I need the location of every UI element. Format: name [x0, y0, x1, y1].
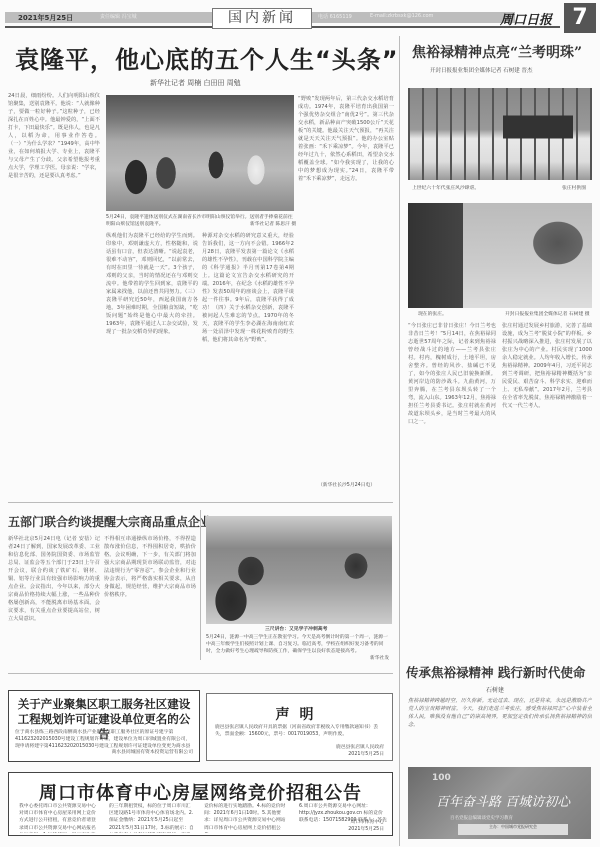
classroom-photo: [206, 516, 392, 624]
notice-title: 声明: [207, 704, 392, 724]
right-story-column-1: “今日张庄已非昔日张庄！今日兰考也非昔日兰考！”5月14日，在焦裕禄同志逝世57…: [408, 322, 496, 652]
banner-info-box: 主办：中国城市党报研究会: [458, 824, 568, 835]
notice-title: 周口市体育中心房屋网络竞价招租公告: [9, 779, 392, 805]
commentary-headline: 传承焦裕禄精神 践行新时代使命: [406, 663, 585, 681]
section-divider: [8, 502, 393, 503]
banner-subtitle: 百名党报总编辑谈党史学习教育: [450, 815, 513, 821]
commentary-author: 石树建: [486, 685, 504, 694]
notice-column-1: 我中心委托周口市公共资源交易中心对周口市体育中心房屋采用网上竞价方式进行公开招租…: [19, 803, 99, 833]
classroom-photo-text: 5月24日，涟源一中高三学生正在教室学习。今天是高考倒计时的第一个周一，涟源一中…: [206, 634, 392, 662]
main-photo-credit: 新华社记者 陈思汗 摄: [250, 221, 296, 228]
right-photo1-caption: 上世纪六十年代张庄风沙肆虐。: [412, 185, 479, 192]
main-story-column-3: 种源对杂交水稻的研究意义重大，经验告诉我们，这一方向不会错。1966年2月28日…: [202, 232, 294, 500]
classroom-photo-credit: 新华社发: [370, 655, 389, 662]
notice-date: 2021年5月25日: [348, 826, 384, 833]
main-story-column-1: 24日晨，细雨纷纷。人们向明阳山殡仪馆聚集，送别袁隆平。他说：“人就像种子，要做…: [8, 92, 100, 500]
banner-slogan: 百年奋斗路 百城访初心: [436, 791, 570, 810]
contact-phone: 电话 6165119: [318, 13, 352, 20]
story-divider: [200, 510, 201, 660]
commentary-text: 焦裕禄精神跨越时空，历久弥新。无论过去、现在，还是将来，永远是激励共产党人的宝贵…: [408, 697, 592, 755]
second-story-column-1: 新华社北京5月24日电（记者 安蓓）记者24日了解到，国家发展改革委、工业和信息…: [8, 535, 100, 661]
notice-stadium-lease: 周口市体育中心房屋网络竞价招租公告 我中心委托周口市公共资源交易中心对周口市体育…: [8, 772, 393, 836]
section-title: 国内新闻: [212, 8, 312, 29]
second-story-column-2: 不得相互串通操纵市场价格，不得捏造散布涨价信息，不得囤积居奇，哄抬价格。会议明确…: [104, 535, 196, 661]
issue-date: 2021年5月25日: [18, 13, 73, 23]
main-story-column-4: “野败”发现两年后，第三代杂交水稻培育成功。1974年，袁隆平培育出我国第一个强…: [298, 95, 394, 490]
page-number: 7: [564, 3, 596, 33]
paper-logo: 周口日报: [500, 9, 552, 28]
ads-divider: [8, 673, 393, 674]
right-photo2-credit: 开封日报报业集团全媒体记者 石树建 摄: [505, 311, 590, 318]
notice-signer: 鹿邑县张店镇人民政府: [336, 744, 384, 751]
notice-body: 鹿邑县张店镇人民政府开具的票据（河南省政府非税收入专用缴款通知书）丢失，票面金额…: [215, 724, 387, 738]
notice-statement: 声明 鹿邑县张店镇人民政府开具的票据（河南省政府非税收入专用缴款通知书）丢失，票…: [206, 693, 393, 761]
editor-credit: 责任编辑 冯宝城: [100, 13, 137, 20]
column-divider: [399, 36, 400, 846]
notice-signer: 商水县同城国有资本投资运营有限公司: [111, 749, 193, 756]
historic-village-photo: [408, 88, 592, 180]
centennial-logo: 100: [432, 773, 451, 783]
contact-email: E-mail:zkrbsxk@126.com: [370, 13, 433, 19]
right-story-column-2: 张庄村通过发展乡村旅游，完善了基础设施，成为兰考“脱贫小院”的样板。乡村振兴战略…: [502, 322, 592, 652]
right-headline: 焦裕禄精神点亮“兰考明珠”: [412, 42, 582, 62]
classroom-photo-title: 三尺讲台：又见学子冲刺高考: [265, 626, 327, 633]
main-story-column-2: 纵观他们为袁隆平已经给的学生而到。印象中，邓则谦虚大方，性格随和，说话虽有口音，…: [106, 232, 198, 500]
main-story-dateline: （新华社长沙5月24日电）: [318, 482, 375, 489]
main-headline: 袁隆平，他心底的五个人生“头条”: [15, 40, 399, 75]
right-photo1-credit: 张庄村供图: [562, 185, 586, 192]
main-byline: 新华社记者 周楠 白田田 周勉: [150, 78, 241, 88]
notice-date: 2021年5月25日: [348, 751, 384, 758]
modern-village-photo: [408, 203, 592, 308]
centennial-banner: 100 百年奋斗路 百城访初心 百名党报总编辑谈党史学习教育 主办：中国城市党报…: [408, 767, 591, 839]
notice-signer: 周口市体育中心: [350, 819, 384, 826]
right-byline: 开封日报报业集团全媒体记者 石树建 晋杰: [430, 66, 533, 74]
funeral-crowd-photo: [106, 95, 294, 211]
notice-planning-permit: 关于产业聚集区职工服务社区建设工程规划许可证建设单位更名的公告 位于商水县练三路…: [8, 690, 200, 762]
newspaper-page: 2021年5月25日 责任编辑 冯宝城 国内新闻 电话 6165119 E-ma…: [0, 0, 600, 847]
right-photo2-caption: 现在的张庄。: [418, 311, 447, 318]
notice-body: 位于商水县练三路西段南侧商水县产业聚集区职工服务社区的原证号建字第4116232…: [15, 729, 195, 749]
notice-column-2: 的三年期租赁权，标的位于周口市川汇区建设路1号市体育中心体育场北内。2.保证金缴…: [109, 803, 194, 833]
page-header: 2021年5月25日 责任编辑 冯宝城 国内新闻 电话 6165119 E-ma…: [0, 0, 600, 36]
second-headline: 五部门联合约谈提醒大宗商品重点企业: [8, 513, 212, 530]
notice-column-3: 竞价标的进行实地踏勘。4.标的竞价时间：2021年6月1日10时。5.其他要求：…: [204, 803, 289, 833]
